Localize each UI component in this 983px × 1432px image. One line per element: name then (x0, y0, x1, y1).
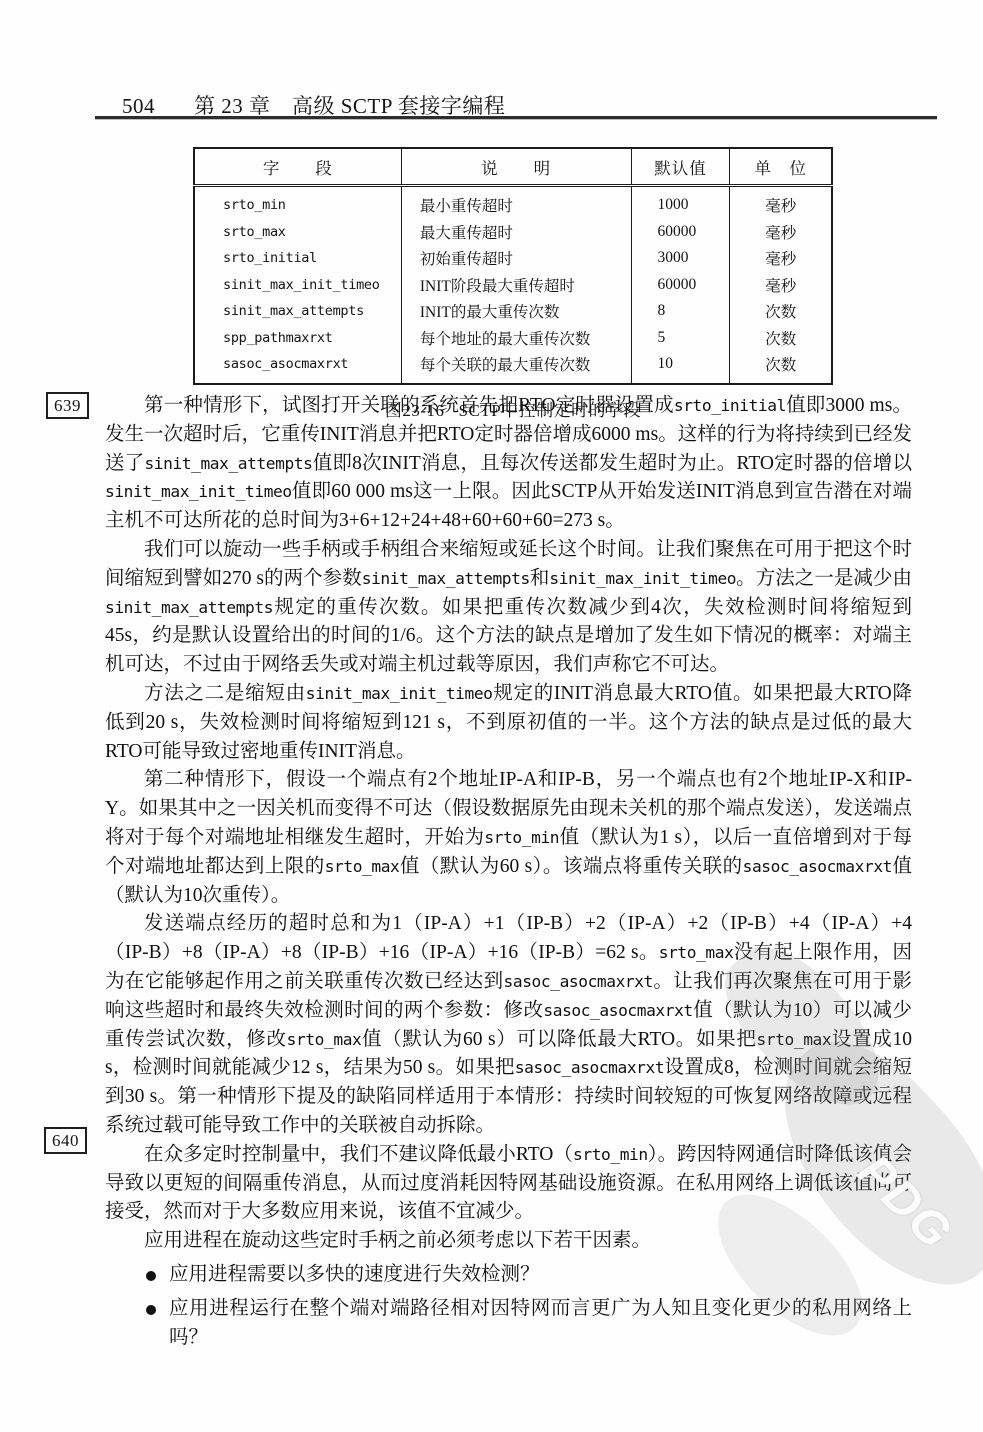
default-value-cell: 60000 (631, 219, 730, 246)
description-cell: 每个关联的最大重传次数 (401, 351, 631, 384)
code-identifier: spp_pathmaxrxt (223, 330, 333, 346)
bullet-icon (146, 1305, 156, 1315)
code-identifier: srto_max (659, 943, 734, 962)
paragraph: 方法之二是缩短由sinit_max_init_timeo规定的INIT消息最大R… (105, 680, 912, 766)
code-identifier: srto_min (484, 828, 559, 847)
default-value-cell: 10 (631, 351, 730, 384)
code-identifier: srto_max (757, 1030, 832, 1049)
description-cell: 最小重传超时 (401, 186, 631, 219)
bullet-item: 应用进程运行在整个端对端路径相对因特网而言更广为人知且变化更少的私用网络上吗？ (105, 1295, 912, 1353)
code-identifier: srto_min (573, 1145, 648, 1164)
paragraph: 在众多定时控制量中，我们不建议降低最小RTO（srto_min）。跨因特网通信时… (105, 1141, 912, 1227)
page-marker-639: 639 (46, 392, 89, 419)
code-identifier: sinit_max_init_timeo (306, 684, 493, 703)
unit-cell: 毫秒 (730, 219, 832, 246)
timer-fields-table: 字 段说 明默认值单 位 srto_min最小重传超时1000毫秒srto_ma… (193, 147, 833, 385)
unit-cell: 毫秒 (730, 245, 832, 272)
table-row: sasoc_asocmaxrxt每个关联的最大重传次数10次数 (194, 351, 832, 384)
chapter-title: 第 23 章 高级 SCTP 套接字编程 (194, 94, 505, 118)
code-identifier: srto_max (223, 224, 286, 240)
paragraph: 第一种情形下，试图打开关联的系统首先把RTO定时器设置成srto_initial… (105, 392, 912, 536)
code-identifier: sinit_max_attempts (362, 569, 530, 588)
table-header-row: 字 段说 明默认值单 位 (194, 148, 832, 186)
description-cell: 初始重传超时 (401, 245, 631, 272)
bullet-item: 应用进程需要以多快的速度进行失效检测？ (105, 1261, 912, 1290)
code-identifier: srto_max (287, 1030, 362, 1049)
column-header: 默认值 (631, 148, 730, 186)
code-identifier: sinit_max_attempts (105, 598, 273, 617)
field-cell: srto_max (194, 219, 401, 246)
paragraph: 应用进程在旋动这些定时手柄之前必须考虑以下若干因素。 (105, 1227, 912, 1256)
code-identifier: srto_max (325, 857, 400, 876)
code-identifier: sinit_max_init_timeo (105, 482, 292, 501)
code-identifier: sasoc_asocmaxrxt (543, 1001, 692, 1020)
paragraph: 第二种情形下，假设一个端点有2个地址IP-A和IP-B，另一个端点也有2个地址I… (105, 766, 912, 910)
code-identifier: sasoc_asocmaxrxt (504, 972, 653, 991)
unit-cell: 次数 (730, 298, 832, 325)
unit-cell: 次数 (730, 351, 832, 384)
code-identifier: srto_initial (674, 396, 786, 415)
field-cell: sinit_max_attempts (194, 298, 401, 325)
code-identifier: srto_initial (223, 250, 317, 266)
default-value-cell: 1000 (631, 186, 730, 219)
bullet-text: 应用进程运行在整个端对端路径相对因特网而言更广为人知且变化更少的私用网络上吗？ (169, 1295, 912, 1353)
bullet-icon (146, 1271, 156, 1281)
code-identifier: sinit_max_attempts (223, 303, 364, 319)
page-marker-640: 640 (44, 1127, 87, 1154)
code-identifier: sinit_max_init_timeo (549, 569, 736, 588)
description-cell: 每个地址的最大重传次数 (401, 325, 631, 352)
table-body: srto_min最小重传超时1000毫秒srto_max最大重传超时60000毫… (194, 186, 832, 384)
default-value-cell: 60000 (631, 272, 730, 299)
code-identifier: sasoc_asocmaxrxt (515, 1058, 664, 1077)
code-identifier: sasoc_asocmaxrxt (743, 857, 892, 876)
figure-23-16: 字 段说 明默认值单 位 srto_min最小重传超时1000毫秒srto_ma… (193, 147, 833, 421)
default-value-cell: 5 (631, 325, 730, 352)
table-row: srto_max最大重传超时60000毫秒 (194, 219, 832, 246)
table-row: sinit_max_init_timeoINIT阶段最大重传超时60000毫秒 (194, 272, 832, 299)
column-header: 单 位 (730, 148, 832, 186)
unit-cell: 次数 (730, 325, 832, 352)
table-row: spp_pathmaxrxt每个地址的最大重传次数5次数 (194, 325, 832, 352)
unit-cell: 毫秒 (730, 272, 832, 299)
body-content: 第一种情形下，试图打开关联的系统首先把RTO定时器设置成srto_initial… (105, 392, 912, 1352)
field-cell: sinit_max_init_timeo (194, 272, 401, 299)
paragraph: 我们可以旋动一些手柄或手柄组合来缩短或延长这个时间。让我们聚焦在可用于把这个时间… (105, 536, 912, 680)
paragraph: 发送端点经历的超时总和为1（IP-A）+1（IP-B）+2（IP-A）+2（IP… (105, 910, 912, 1140)
unit-cell: 毫秒 (730, 186, 832, 219)
table-row: sinit_max_attemptsINIT的最大重传次数8次数 (194, 298, 832, 325)
bullet-text: 应用进程需要以多快的速度进行失效检测？ (169, 1261, 912, 1290)
table-row: srto_initial初始重传超时3000毫秒 (194, 245, 832, 272)
description-cell: INIT阶段最大重传超时 (401, 272, 631, 299)
code-identifier: sasoc_asocmaxrxt (223, 356, 348, 372)
default-value-cell: 3000 (631, 245, 730, 272)
header-rule (95, 116, 937, 119)
code-identifier: sinit_max_init_timeo (223, 277, 380, 293)
column-header: 说 明 (401, 148, 631, 186)
description-cell: 最大重传超时 (401, 219, 631, 246)
field-cell: sasoc_asocmaxrxt (194, 351, 401, 384)
table-row: srto_min最小重传超时1000毫秒 (194, 186, 832, 219)
default-value-cell: 8 (631, 298, 730, 325)
field-cell: spp_pathmaxrxt (194, 325, 401, 352)
field-cell: srto_min (194, 186, 401, 219)
code-identifier: srto_min (223, 197, 286, 213)
field-cell: srto_initial (194, 245, 401, 272)
book-page: 504第 23 章 高级 SCTP 套接字编程 字 段说 明默认值单 位 srt… (0, 0, 983, 1432)
code-identifier: sinit_max_attempts (144, 454, 312, 473)
description-cell: INIT的最大重传次数 (401, 298, 631, 325)
column-header: 字 段 (194, 148, 401, 186)
